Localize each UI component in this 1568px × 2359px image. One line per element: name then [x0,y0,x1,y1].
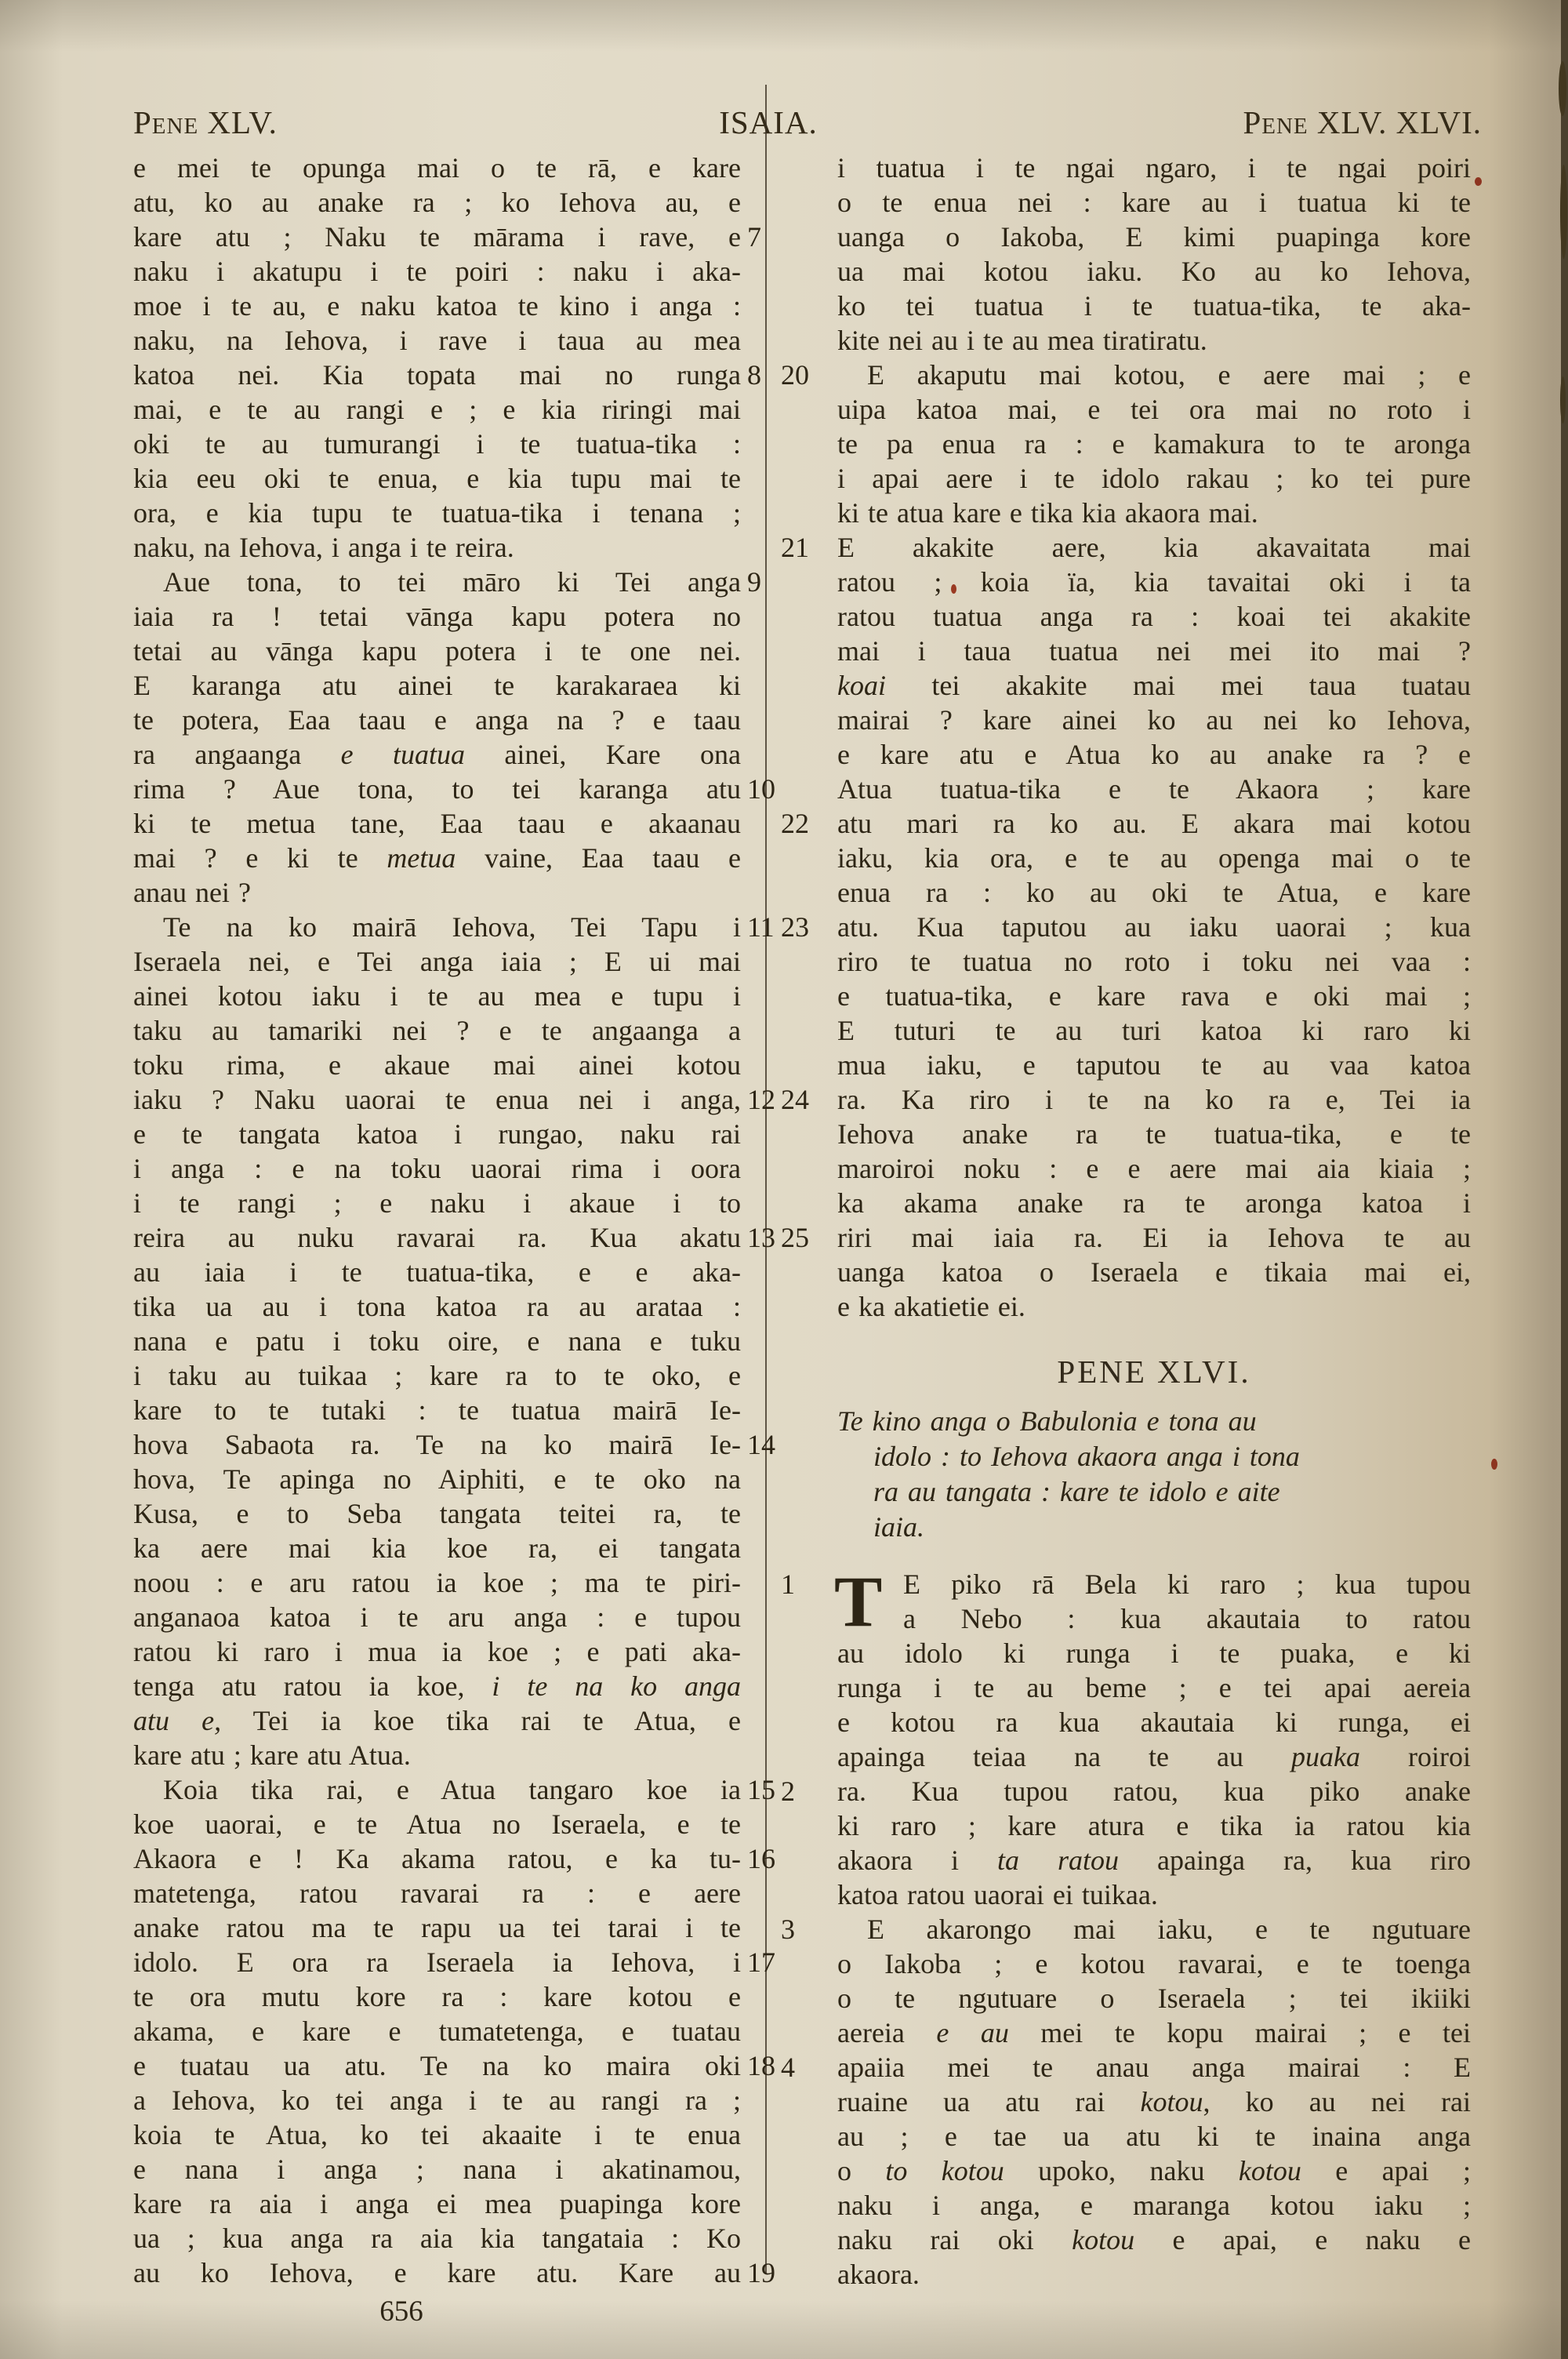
text-line: akaora. [837,2257,1471,2292]
text-line: enua ra : ko au oki te Atua, e kare [837,875,1471,910]
text-line: matetenga, ratou ravarai ra : e aere [133,1876,741,1910]
text-line: ra. Ka riro i te na ko ra e, Tei ia24 [837,1082,1471,1117]
text-line: kare atu ; kare atu Atua. [133,1738,741,1772]
text-line: E akarongo mai iaku, e te ngutuare3 [837,1912,1471,1946]
left-text-column: e mei te opunga mai o te rā, e kareatu, … [133,151,741,2290]
text-line: E akakite aere, kia akavaitata mai21 [837,530,1471,565]
text-line: kite nei au i te au mea tiratiratu. [837,323,1471,358]
text-line: atu mari ra ko au. E akara mai kotou22 [837,806,1471,841]
text-line: rima ? Aue tona, to tei karanga atu10 [133,772,741,806]
text-line: Te na ko mairā Iehova, Tei Tapu i11 [133,910,741,944]
verse-number: 20 [781,358,828,392]
italic-phrase: atu e, [133,1705,221,1736]
text-line: apainga teiaa na te au puaka roiroi [837,1739,1471,1774]
ink-speck [1491,1459,1497,1470]
text-line: Koia tika rai, e Atua tangaro koe ia15 [133,1772,741,1807]
text-line: o te enua nei : kare au i tuatua ki te [837,185,1471,220]
text-line: oki te au tumurangi i te tuatua-tika : [133,427,741,461]
text-line: E karanga atu ainei te karakaraea ki [133,668,741,703]
text-line: tika ua au i tona katoa ra au arataa : [133,1289,741,1324]
text-line: au idolo ki runga i te puaka, e ki [837,1636,1471,1670]
chapter-summary-line: idolo : to Iehova akaora anga i tona [837,1439,1425,1474]
text-line: riro te tuatua no roto i toku nei vaa : [837,944,1471,979]
verse-number: 9 [747,565,786,599]
italic-phrase: e tuatua [341,739,465,770]
text-line: nana e patu i toku oire, e nana e tuku [133,1324,741,1358]
text-line: noou : e aru ratou ia koe ; ma te piri- [133,1565,741,1600]
page-number: 656 [111,2295,691,2328]
text-line: e ka akatietie ei. [837,1289,1471,1324]
italic-phrase: kotou [1072,2224,1134,2255]
text-line: te pa enua ra : e kamakura to te aronga [837,427,1471,461]
verse-number: 3 [781,1912,828,1946]
text-line: e mei te opunga mai o te rā, e kare [133,151,741,185]
italic-phrase: kotou [1140,2086,1203,2117]
running-head-title: ISAIA. [651,102,886,143]
verse-number: 17 [747,1945,786,1979]
chapter-summary-line: Te kino anga o Babulonia e tona au [837,1404,1425,1439]
text-line: E akaputu mai kotou, e aere mai ; e20 [837,358,1471,392]
text-line: hova, Te apinga no Aiphiti, e te oko na [133,1462,741,1496]
chapter-summary-line: ra au tangata : kare te idolo e aite [837,1474,1425,1510]
text-line: tenga atu ratou ia koe, i te na ko anga [133,1669,741,1703]
verse-number: 7 [747,220,786,254]
text-line: naku rai oki kotou e apai, e naku e [837,2223,1471,2257]
text-line: i te rangi ; e naku i akaue i to [133,1186,741,1220]
text-line: Akaora e ! Ka akama ratou, e ka tu-16 [133,1841,741,1876]
text-line: akaora i ta ratou apainga ra, kua riro [837,1843,1471,1877]
ink-speck [1475,177,1482,186]
text-line: au ; e tae ua atu ki te inaina anga [837,2119,1471,2154]
text-line: mua iaku, e taputou te au vaa katoa [837,1048,1471,1082]
text-line: riri mai iaia ra. Ei ia Iehova te au25 [837,1220,1471,1255]
text-line: ruaine ua atu rai kotou, ko au nei rai [837,2085,1471,2119]
text-line: te ora mutu kore ra : kare kotou e [133,1979,741,2014]
text-line: reira au nuku ravarai ra. Kua akatu13 [133,1220,741,1255]
text-line: ratou ; koia ïa, kia tavaitai oki i ta [837,565,1471,599]
text-line: uipa katoa mai, e tei ora mai no roto i [837,392,1471,427]
text-line: ua mai kotou iaku. Ko au ko Iehova, [837,254,1471,289]
text-line: i apai aere i te idolo rakau ; ko tei pu… [837,461,1471,496]
text-line: e te tangata katoa i rungao, naku rai [133,1117,741,1151]
text-line: iaku ? Naku uaorai te enua nei i anga,12 [133,1082,741,1117]
text-line: aereia e au mei te kopu mairai ; e tei [837,2016,1471,2050]
verse-number: 1 [781,1567,828,1601]
verse-number: 19 [747,2255,786,2290]
text-line: naku i akatupu i te poiri : naku i aka- [133,254,741,289]
text-line: uanga o Iakoba, E kimi puapinga kore [837,220,1471,254]
text-line: katoa ratou uaorai ei tuikaa. [837,1877,1471,1912]
text-line: anake ratou ma te rapu ua tei tarai i te [133,1910,741,1945]
text-line: Kusa, e to Seba tangata teitei ra, te [133,1496,741,1531]
text-line: E tuturi te au turi katoa ki raro ki [837,1013,1471,1048]
text-line: Atua tuatua-tika e te Akaora ; kare [837,772,1471,806]
text-line: o Iakoba ; e kotou ravarai, e te toenga [837,1946,1471,1981]
italic-phrase: puaka [1291,1741,1360,1772]
text-line: mai i taua tuatua nei mei ito mai ? [837,634,1471,668]
text-line: koai tei akakite mai mei taua tuatau [837,668,1471,703]
page-edge-shadow [1561,0,1568,2359]
text-line: atu, ko au anake ra ; ko Iehova au, e [133,185,741,220]
right-text-column: i tuatua i te ngai ngaro, i te ngai poir… [837,151,1471,2292]
text-line: ka akama anake ra te aronga katoa i [837,1186,1471,1220]
text-line: ratou tuatua anga ra : koai tei akakite [837,599,1471,634]
italic-phrase: metua [387,842,456,874]
text-line: e nana i anga ; nana i akatinamou, [133,2152,741,2186]
running-head-right: Pene XLV. XLVI. [1074,102,1482,143]
verse-number: 16 [747,1841,786,1876]
text-line: e kare atu e Atua ko au anake ra ? e [837,737,1471,772]
text-line: ua ; kua anga ra aia kia tangataia : Ko [133,2221,741,2255]
text-line: ratou ki raro i mua ia koe ; e pati aka- [133,1634,741,1669]
italic-phrase: to kotou [885,2155,1004,2186]
text-line: mai ? e ki te metua vaine, Eaa taau e [133,841,741,875]
text-line: ki raro ; kare atura e tika ia ratou kia [837,1808,1471,1843]
text-line: i tuatua i te ngai ngaro, i te ngai poir… [837,151,1471,185]
text-line: au iaia i te tuatua-tika, e e aka- [133,1255,741,1289]
text-line: koe uaorai, e te Atua no Iseraela, e te [133,1807,741,1841]
text-line: Iseraela nei, e Tei anga iaia ; E ui mai [133,944,741,979]
verse-block: TE piko rā Bela ki raro ; kua tupou1a Ne… [837,1567,1471,2292]
text-line: naku i anga, e maranga kotou iaku ; [837,2188,1471,2223]
text-line: taku au tamariki nei ? e te angaanga a [133,1013,741,1048]
text-line: e tuatua-tika, e kare rava e oki mai ; [837,979,1471,1013]
verse-number: 22 [781,806,828,841]
text-line: iaku, kia ora, e te au openga mai o te [837,841,1471,875]
text-line: ainei kotou iaku i te au mea e tupu i [133,979,741,1013]
text-line: moe i te au, e naku katoa te kino i anga… [133,289,741,323]
text-line: iaia ra ! tetai vānga kapu potera no [133,599,741,634]
verse-number: 2 [781,1774,828,1808]
edge-ink-blot [1560,376,1566,423]
text-line: e kotou ra kua akautaia ki runga, ei [837,1705,1471,1739]
text-line: kare ra aia i anga ei mea puapinga kore [133,2186,741,2221]
text-line: tetai au vānga kapu potera i te one nei. [133,634,741,668]
text-line: i anga : e na toku uaorai rima i oora [133,1151,741,1186]
text-line: kare to te tutaki : te tuatua mairā Ie- [133,1393,741,1427]
edge-ink-blot [1559,61,1566,116]
text-line: ki te metua tane, Eaa taau e akaanau [133,806,741,841]
text-line: apaiia mei te anau anga mairai : E4 [837,2050,1471,2085]
text-line: atu. Kua taputou au iaku uaorai ; kua23 [837,910,1471,944]
text-line: maroiroi noku : e e aere mai aia kiaia ; [837,1151,1471,1186]
text-line: atu e, Tei ia koe tika rai te Atua, e [133,1703,741,1738]
italic-phrase: kotou [1239,2155,1301,2186]
text-line: au ko Iehova, e kare atu. Kare au19 [133,2255,741,2290]
text-line: akama, e kare e tumatetenga, e tuatau [133,2014,741,2048]
text-line: koia te Atua, ko tei akaaite i te enua [133,2117,741,2152]
text-line: Aue tona, to tei māro ki Tei anga9 [133,565,741,599]
verse-number: 21 [781,530,828,565]
verse-number: 4 [781,2050,828,2085]
italic-phrase: koai [837,670,886,701]
text-line: te potera, Eaa taau e anga na ? e taau [133,703,741,737]
text-line: ka aere mai kia koe ra, ei tangata [133,1531,741,1565]
running-head-left: Pene XLV. [133,102,278,143]
text-line: kare atu ; Naku te mārama i rave, e7 [133,220,741,254]
text-line: runga i te au beme ; e tei apai aereia [837,1670,1471,1705]
chapter-heading: PENE XLVI. [837,1352,1471,1391]
text-line: i taku au tuikaa ; kare ra to te oko, e [133,1358,741,1393]
text-line: uanga katoa o Iseraela e tikaia mai ei, [837,1255,1471,1289]
verse-number: 25 [781,1220,828,1255]
text-line: idolo. E ora ra Iseraela ia Iehova, i17 [133,1945,741,1979]
edge-ink-blot [1560,165,1567,259]
text-line: kia eeu oki te enua, e kia tupu mai te [133,461,741,496]
verse-number: 10 [747,772,786,806]
verse-number: 23 [781,910,828,944]
text-line: hova Sabaota ra. Te na ko mairā Ie-14 [133,1427,741,1462]
text-line: ora, e kia tupu te tuatua-tika i tenana … [133,496,741,530]
text-line: katoa nei. Kia topata mai no runga8 [133,358,741,392]
text-line: naku, na Iehova, i anga i te reira. [133,530,741,565]
text-line: mairai ? kare ainei ko au nei ko Iehova, [837,703,1471,737]
text-line: toku rima, e akaue mai ainei kotou [133,1048,741,1082]
text-line: ra. Kua tupou ratou, kua piko anake2 [837,1774,1471,1808]
scanned-book-page: Pene XLV. ISAIA. Pene XLV. XLVI. e mei t… [0,0,1568,2359]
italic-phrase: i te na ko anga [492,1670,741,1702]
italic-phrase: e au [936,2017,1008,2048]
text-line: ko tei tuatua i te tuatua-tika, te aka- [837,289,1471,323]
verse-number: 14 [747,1427,786,1462]
text-line: anganaoa katoa i te aru anga : e tupou [133,1600,741,1634]
text-line: mai, e te au rangi e ; e kia riringi mai [133,392,741,427]
text-line: naku, na Iehova, i rave i taua au mea [133,323,741,358]
text-line: a Nebo : kua akautaia to ratou [837,1601,1471,1636]
text-line: a Iehova, ko tei anga i te au rangi ra ; [133,2083,741,2117]
text-line: e tuatau ua atu. Te na ko maira oki18 [133,2048,741,2083]
text-line: o to kotou upoko, naku kotou e apai ; [837,2154,1471,2188]
ink-speck [951,584,956,594]
verse-number: 24 [781,1082,828,1117]
text-line: anau nei ? [133,875,741,910]
chapter-summary: Te kino anga o Babulonia e tona auidolo … [837,1404,1425,1545]
italic-phrase: ta ratou [997,1845,1119,1876]
text-line: o te ngutuare o Iseraela ; tei ikiiki [837,1981,1471,2016]
text-line: ki te atua kare e tika kia akaora mai. [837,496,1471,530]
text-line: Iehova anake ra te tuatua-tika, e te [837,1117,1471,1151]
chapter-summary-line: iaia. [837,1510,1425,1545]
text-line: TE piko rā Bela ki raro ; kua tupou1 [837,1567,1471,1601]
verse-block: i tuatua i te ngai ngaro, i te ngai poir… [837,151,1471,1324]
text-line: ra angaanga e tuatua ainei, Kare ona [133,737,741,772]
